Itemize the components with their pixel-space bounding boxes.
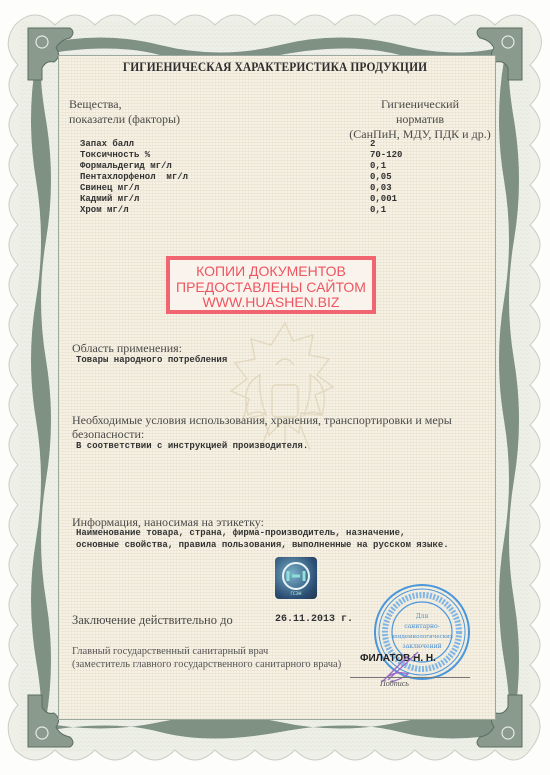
- table-row: Пентахлорфенол мг/л0,05: [80, 172, 402, 183]
- svg-text:санитарно-: санитарно-: [404, 623, 439, 630]
- column-header-substances: Вещества, показатели (факторы): [69, 97, 180, 127]
- table-row: Запах балл2: [80, 139, 402, 150]
- conditions-value: В соответствии с инструкцией производите…: [76, 440, 308, 452]
- svg-text:ГСЭН: ГСЭН: [290, 591, 301, 596]
- copy-watermark-stamp: КОПИИ ДОКУМЕНТОВ ПРЕДОСТАВЛЕНЫ САЙТОМ WW…: [166, 256, 376, 314]
- scope-value: Товары народного потребления: [76, 354, 227, 366]
- hologram-seal-icon: ГСЭН: [275, 557, 317, 599]
- validity-date: 26.11.2013 г.: [275, 614, 353, 625]
- label-info-value-2: основные свойства, правила пользования, …: [76, 539, 449, 551]
- document-title: ГИГИЕНИЧЕСКАЯ ХАРАКТЕРИСТИКА ПРОДУКЦИИ: [22, 60, 528, 75]
- coat-of-arms-watermark: [210, 315, 360, 485]
- table-row: Хром мг/л0,1: [80, 205, 402, 216]
- table-row: Кадмий мг/л0,001: [80, 194, 402, 205]
- svg-text:эпидемиологических: эпидемиологических: [391, 634, 454, 640]
- table-row: Свинец мг/л0,03: [80, 183, 402, 194]
- conditions-label: Необходимые условия использования, хране…: [72, 414, 452, 427]
- table-row: Формальдегид мг/л0,1: [80, 161, 402, 172]
- signature-caption: Подпись: [380, 679, 409, 688]
- svg-text:Для: Для: [416, 613, 429, 620]
- svg-text:заключений: заключений: [402, 643, 441, 650]
- table-row: Токсичность %70-120: [80, 150, 402, 161]
- indicators-table: Запах балл2 Токсичность %70-120 Формальд…: [80, 139, 402, 216]
- column-header-norm: Гигиенический норматив (СанПиН, МДУ, ПДК…: [320, 97, 520, 142]
- validity-label: Заключение действительно до: [72, 614, 233, 627]
- label-info-value-1: Наименование товара, страна, фирма-произ…: [76, 527, 405, 539]
- signatory-subtitle: (заместитель главного государственного с…: [72, 659, 341, 670]
- signature-line: [350, 677, 470, 678]
- signatory-title: Главный государственный санитарный врач: [72, 646, 268, 657]
